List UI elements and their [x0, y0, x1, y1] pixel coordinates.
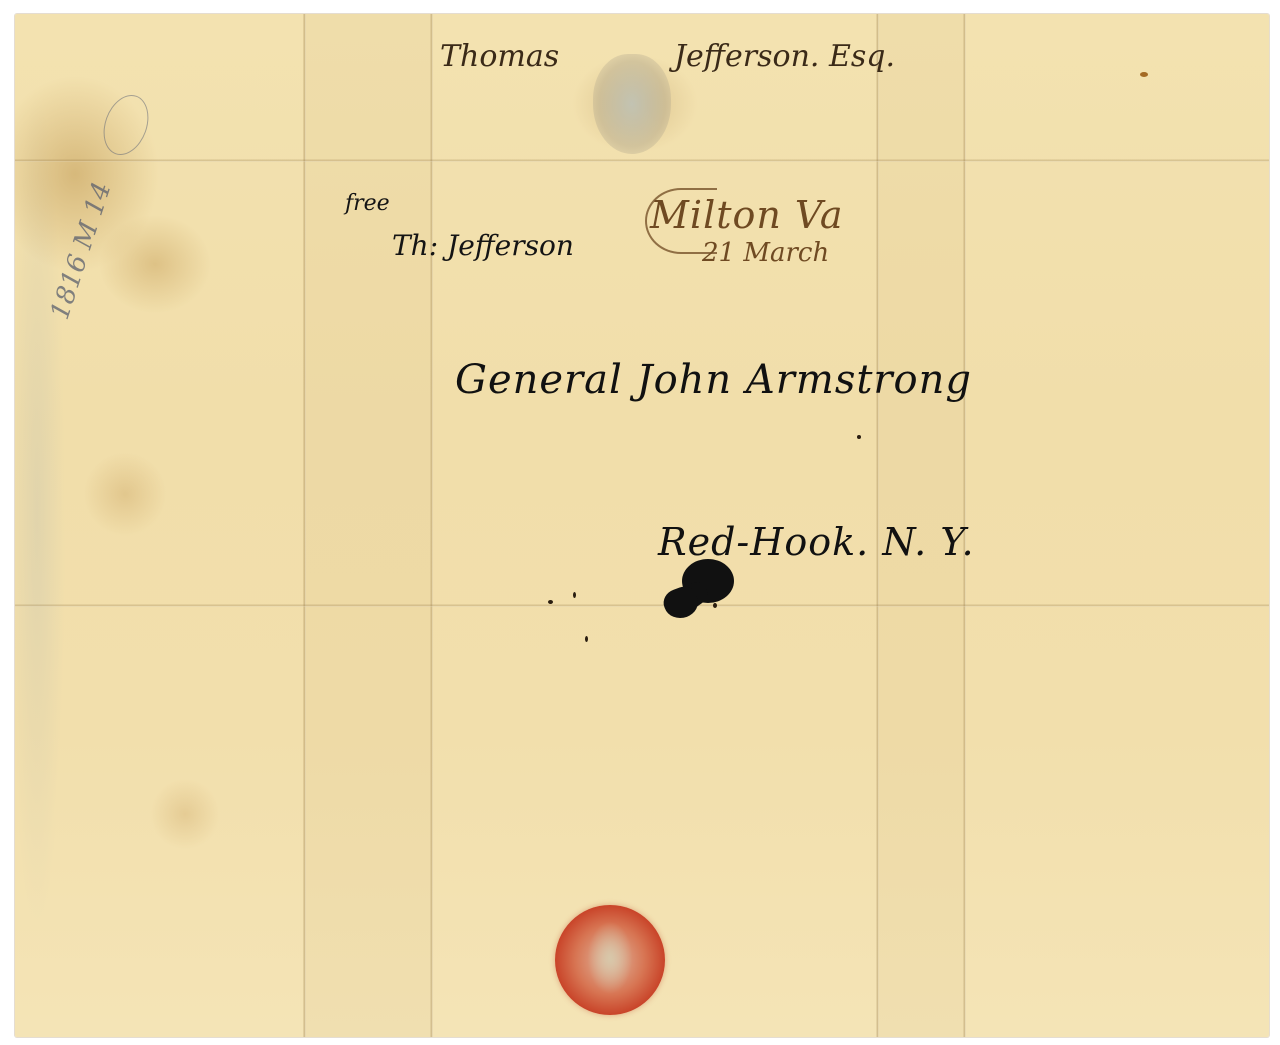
- franking-signature: Th: Jefferson: [392, 232, 574, 260]
- destination-address: Red-Hook. N. Y.: [658, 523, 975, 561]
- ink-speck: [857, 435, 861, 439]
- postmark-place: Milton Va: [650, 196, 844, 234]
- fold-panel-left: [303, 14, 433, 1037]
- addressee-last-name: Jefferson. Esq.: [674, 42, 895, 72]
- seal-residue: [593, 54, 671, 154]
- docket-note: 1816 M 14: [45, 179, 118, 324]
- ink-speck: [585, 636, 588, 642]
- vertical-fold-1: [303, 14, 306, 1037]
- ink-speck: [548, 600, 553, 604]
- letter-cover-paper: 1816 M 14: [15, 14, 1269, 1037]
- stain-speck: [1140, 72, 1148, 77]
- addressee-first-name: Thomas: [440, 42, 559, 72]
- horizontal-fold-2: [15, 604, 1269, 607]
- ink-speck: [573, 592, 576, 598]
- horizontal-fold-1: [15, 159, 1269, 162]
- ink-speck: [713, 603, 717, 608]
- scan-canvas: 1816 M 14 Thomas Jefferson. Esq. free Th…: [0, 0, 1280, 1045]
- pencil-scribble: [96, 89, 157, 162]
- franking-free: free: [345, 193, 390, 215]
- vertical-fold-2: [430, 14, 433, 1037]
- red-wax-seal: [555, 905, 665, 1015]
- postmark-date: 21 March: [702, 240, 829, 266]
- recipient-name: General John Armstrong: [455, 360, 972, 400]
